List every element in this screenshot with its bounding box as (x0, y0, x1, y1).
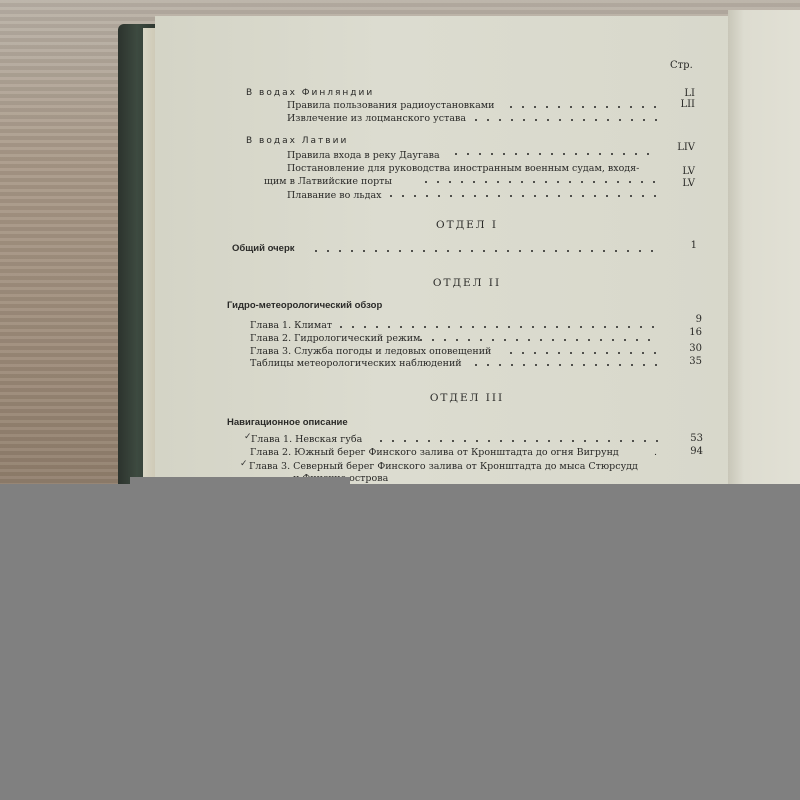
leader-dot: . (654, 447, 657, 458)
toc-entry-page: 16 (662, 327, 702, 338)
toc-entry: Постановление для руководства иностранны… (287, 163, 639, 174)
finland-heading-page: LI (655, 88, 695, 99)
leader-dots (335, 320, 660, 330)
leader-dots (375, 434, 665, 444)
toc-entry-page: 94 (663, 446, 703, 457)
gray-mask-overlay (0, 484, 800, 800)
leader-dots (470, 358, 660, 368)
toc-entry: Извлечение из лоцманского устава (287, 113, 466, 124)
toc-entry-page: 35 (662, 356, 702, 367)
toc-entry: Глава 2. Южный берег Финского залива от … (250, 447, 619, 458)
toc-entry-page: 53 (663, 433, 703, 444)
toc-entry: Общий очерк (232, 243, 295, 254)
toc-entry-page: 1 (657, 240, 697, 251)
checkmark-icon: ✓ (240, 459, 248, 469)
toc-entry: Глава 2. Гидрологический режим (250, 333, 420, 344)
leader-dots (385, 189, 657, 199)
leader-dots (420, 175, 657, 185)
toc-entry: Плавание во льдах (287, 190, 381, 201)
toc-entry-page: 30 (662, 343, 702, 354)
section-title: ОТДЕЛ II (387, 278, 547, 289)
toc-entry: щим в Латвийские порты (264, 176, 392, 187)
leader-dots (415, 333, 660, 343)
section-subtitle: Навигационное описание (227, 417, 348, 428)
toc-entry-page: LV (655, 178, 695, 189)
finland-heading: В водах Финляндии (246, 88, 374, 99)
leader-dots (470, 113, 657, 123)
section-title: ОТДЕЛ III (387, 393, 547, 404)
toc-entry: Таблицы метеорологических наблюдений (250, 358, 462, 369)
leader-dots (505, 100, 657, 110)
section-title: ОТДЕЛ I (387, 220, 547, 231)
toc-entry: Глава 3. Служба погоды и ледовых оповеще… (250, 346, 491, 357)
toc-entry-page: LII (655, 99, 695, 110)
toc-entry: Правила входа в реку Даугава (287, 150, 440, 161)
leader-dots (310, 244, 660, 254)
latvia-heading: В водах Латвии (246, 136, 348, 147)
leader-dots (450, 147, 657, 157)
section-subtitle: Гидро-метеорологический обзор (227, 300, 382, 311)
toc-entry: Глава 3. Северный берег Финского залива … (249, 461, 638, 472)
toc-entry-page: LV (655, 166, 695, 177)
toc-entry: Глава 1. Невская губа (251, 434, 362, 445)
leader-dots (505, 346, 660, 356)
page-column-header: Стр. (670, 60, 693, 71)
latvia-heading-page: LIV (655, 142, 695, 153)
toc-entry: Правила пользования радиоустановками (287, 100, 494, 111)
toc-entry-page: 9 (662, 314, 702, 325)
toc-entry: Глава 1. Климат (250, 320, 332, 331)
